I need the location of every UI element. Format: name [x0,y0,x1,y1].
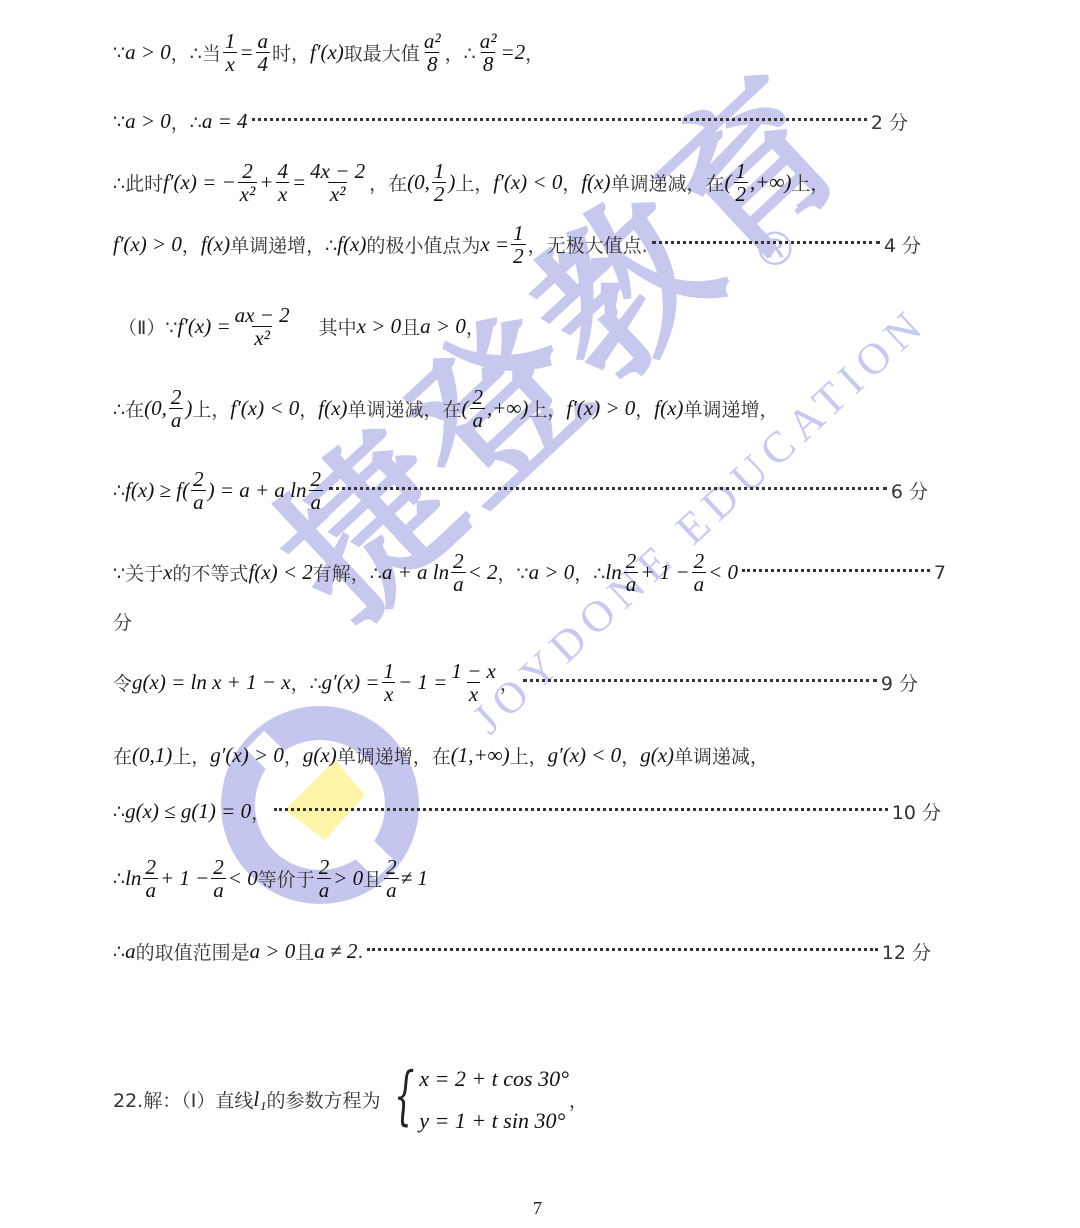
numerator: 1 [734,160,749,182]
math-expression: < 0 [228,866,258,891]
fraction: 2a [624,550,639,595]
text-segment: 的极小值点为 [366,231,480,258]
math-expression: f(x) [337,232,366,257]
denominator: 8 [481,52,496,75]
text-segment: （Ⅱ）∵ [118,313,177,340]
equation-row: x = 2 + t cos 30° [419,1058,569,1100]
math-expression: (1,+∞) [451,743,510,768]
math-expression: f′(x) < 0 [493,170,562,195]
math-expression: a > 0 [125,109,171,134]
solution-line: ∴ a 的取值范围是 a > 0 且 a ≠ 2.12 分 [113,938,931,965]
math-expression: =2 [501,40,526,65]
text-segment: ∵关于 [113,559,163,586]
text-segment: 单调递增， [683,395,778,422]
text-segment: 令 [113,669,132,696]
fraction: 2a [169,386,184,431]
math-expression: a + a ln [382,560,449,585]
text-segment: ∵ [113,111,125,133]
math-expression: g(x) [303,743,337,768]
denominator: a [309,490,324,513]
numerator: 2 [692,550,707,572]
text-segment: 且 [295,938,314,965]
math-expression: f′(x) < 0 [230,396,299,421]
fraction: 2a [451,550,466,595]
fraction: 12 [734,160,749,205]
math-expression: < 2 [468,560,498,585]
text-segment: ∴ [113,941,125,963]
text-segment: ， [251,798,270,825]
text-segment: 取最大值 [344,39,420,66]
denominator: 4 [256,52,271,75]
denominator: 2 [432,182,447,205]
text-segment: 分 [113,608,132,635]
numerator: 2 [624,550,639,572]
text-segment: ， [182,231,201,258]
math-expression: f(x) ≥ f( [125,478,189,503]
text-segment: 单调递增，在 [337,742,451,769]
text-segment: ∵ [113,42,125,64]
denominator: a [317,878,332,901]
score-label: 2 分 [871,108,908,135]
numerator: ax − 2 [233,304,292,326]
text-segment: 在 [113,742,132,769]
denominator: a [470,408,485,431]
text-segment: ∴ [113,868,125,890]
text-segment: ，∴ [291,669,322,696]
text-segment: 有解，∴ [313,559,382,586]
math-expression: g(x) ≤ g(1) = 0 [125,799,251,824]
score-label: 12 分 [882,938,931,965]
solution-line: ∵ a > 0，∴ a = 42 分 [113,108,908,135]
math-expression: a ≠ 2 [314,939,357,964]
text-segment: 的不等式 [172,559,248,586]
equation-system: {x = 2 + t cos 30°y = 1 + t sin 30° [384,1058,568,1142]
left-brace-icon: { [395,1064,415,1128]
text-segment: 其中 [294,313,357,340]
text-segment: ，∴当 [171,39,221,66]
math-expression: f′(x) > 0 [566,396,635,421]
math-expression: > 0 [333,866,363,891]
solution-line: f′(x) > 0，f(x)单调递增，∴ f(x)的极小值点为 x = 12，无… [113,222,921,267]
math-expression: ln [125,866,141,891]
denominator: 8 [425,52,440,75]
numerator: a² [422,30,443,52]
text-segment: 单调递减，在 [347,395,461,422]
text-segment: ， [299,395,318,422]
leader-dots [252,118,867,121]
math-expression: − 1 = [398,670,447,695]
fraction: 4x [275,160,290,205]
text-segment: ，在 [369,169,407,196]
text-segment: 上， [172,742,210,769]
math-expression: x = [480,232,509,257]
numerator: 1 − x [449,660,498,682]
math-expression: l₁ [253,1087,266,1112]
page-number: 7 [533,1198,542,1219]
fraction: 1x [223,30,238,75]
denominator: x [276,182,289,205]
numerator: 2 [143,856,158,878]
numerator: a [256,30,271,52]
denominator: 2 [734,182,749,205]
text-segment: ∴ [113,801,125,823]
leader-dots [523,679,877,682]
text-segment: 等价于 [258,865,315,892]
math-expression: f(x) [654,396,683,421]
math-expression: ,+∞) [750,170,791,195]
math-expression: f′(x) = − [163,170,236,195]
math-expression: f(x) < 2 [248,560,312,585]
score-label: 7 [934,562,946,584]
numerator: 2 [317,856,332,878]
text-segment: ， [500,669,519,696]
denominator: x [223,52,236,75]
denominator: a [211,878,226,901]
solution-line: ∴在(0,2a)上，f′(x) < 0，f(x)单调递减，在(2a,+∞)上，f… [113,386,953,431]
text-segment: 单调递增，∴ [230,231,337,258]
text-segment: ， [569,1086,588,1113]
text-segment: 22.解：（Ⅰ）直线 [113,1086,253,1113]
math-expression: g(x) [640,743,674,768]
numerator: 2 [309,468,324,490]
math-expression: a > 0 [420,314,466,339]
fraction: 2a [309,468,324,513]
fraction: a4 [256,30,271,75]
numerator: 2 [470,386,485,408]
math-expression: g′(x) < 0 [548,743,622,768]
text-segment: 且 [401,313,420,340]
denominator: x² [328,182,348,205]
solution-line: ∴ g(x) ≤ g(1) = 0，10 分 [113,798,941,825]
solution-line: ∴ ln2a + 1 − 2a < 0 等价于 2a > 0 且 2a ≠ 1 [113,856,533,901]
text-segment: ∴此时 [113,169,163,196]
fraction: 2a [317,856,332,901]
math-expression: f′(x) = [177,314,230,339]
text-segment: 的取值范围是 [136,938,250,965]
fraction: a²8 [422,30,443,75]
text-segment: ，∴ [574,559,605,586]
numerator: 1 [432,160,447,182]
math-expression: g′(x) = [322,670,380,695]
denominator: a [624,572,639,595]
fraction: 2a [191,468,206,513]
text-segment: ， [466,313,485,340]
math-expression: g′(x) > 0 [210,743,284,768]
numerator: 1 [511,222,526,244]
numerator: 2 [240,160,255,182]
numerator: 2 [169,386,184,408]
text-segment: 且 [363,865,382,892]
fraction: 2a [143,856,158,901]
text-segment: 单调递减， [674,742,769,769]
math-expression: a > 0 [125,40,171,65]
math-expression: f(x) [201,232,230,257]
numerator: 2 [384,856,399,878]
math-expression: < 0 [708,560,738,585]
denominator: a [143,878,158,901]
text-segment: 单调递减，在 [611,169,725,196]
fraction: a²8 [478,30,499,75]
solution-line: 在(0,1)上，g′(x) > 0，g(x)单调递增，在(1,+∞)上，g′(x… [113,742,903,769]
math-expression: + [259,170,273,195]
math-expression: a = 4 [202,109,248,134]
denominator: x² [238,182,258,205]
text-segment: 上， [192,395,230,422]
fraction: 1 − xx [449,660,498,705]
math-expression: ( [461,396,468,421]
text-segment: 上， [455,169,493,196]
text-segment: ，∵ [498,559,529,586]
solution-line: ∴此时 f′(x) = −2x² + 4x = 4x − 2x²，在(0,12)… [113,160,983,205]
solution-line: ∵ a > 0，∴当1x = a4时，f′(x)取最大值a²8，∴a²8=2， [113,30,713,75]
math-expression: a > 0 [529,560,575,585]
leader-dots [652,241,880,244]
math-expression: a > 0 [250,939,296,964]
score-label: 6 分 [891,477,928,504]
numerator: 2 [451,550,466,572]
math-expression: = [239,40,253,65]
fraction: ax − 2x² [233,304,292,349]
math-expression: f(x) [581,170,610,195]
solution-line: 22.解：（Ⅰ）直线 l₁ 的参数方程为{x = 2 + t cos 30°y … [113,1058,673,1142]
solution-line: 令 g(x) = ln x + 1 − x，∴ g′(x) = 1x − 1 =… [113,660,918,705]
math-expression: = [292,170,306,195]
solution-line: ∵关于 x 的不等式 f(x) < 2 有解，∴ a + a ln2a < 2，… [113,550,946,595]
fraction: 4x − 2x² [308,160,367,205]
text-segment: 上， [791,169,829,196]
text-segment: ，∴ [171,108,202,135]
leader-dots [274,808,888,811]
math-expression: ≠ 1 [401,866,428,891]
numerator: 4x − 2 [308,160,367,182]
math-expression: f(x) [318,396,347,421]
math-expression: ,+∞) [487,396,528,421]
leader-dots [367,948,877,951]
denominator: x [382,682,395,705]
math-expression: x > 0 [357,314,402,339]
math-expression: + 1 − [160,866,209,891]
fraction: 2a [211,856,226,901]
fraction: 2a [384,856,399,901]
leader-dots [742,569,930,572]
numerator: 1 [381,660,396,682]
fraction: 12 [511,222,526,267]
text-segment: ∴ [113,480,125,502]
equation-row: y = 1 + t sin 30° [419,1100,569,1142]
fraction: 2a [692,550,707,595]
text-segment: 上， [528,395,566,422]
math-expression: f′(x) > 0 [113,232,182,257]
leader-dots [329,487,887,490]
math-expression: a [125,939,136,964]
math-expression: ln [605,560,621,585]
math-expression: ) [185,396,192,421]
text-segment: ，∴ [445,39,476,66]
math-expression: (0, [407,170,430,195]
denominator: x² [252,326,272,349]
denominator: a [451,572,466,595]
text-segment: ， [562,169,581,196]
numerator: 2 [211,856,226,878]
denominator: a [191,490,206,513]
score-label: 9 分 [881,669,918,696]
text-segment: ， [525,39,544,66]
fraction: 12 [432,160,447,205]
numerator: 1 [223,30,238,52]
math-expression: x [163,560,172,585]
solution-line: ∴ f(x) ≥ f(2a) = a + a ln2a6 分 [113,468,928,513]
math-expression: ) [448,170,455,195]
document-page: 捷登教育 JOYDONE EDUCATION ® ∵ a > 0，∴当1x = … [0,0,1080,1228]
math-expression: + 1 − [640,560,689,585]
fraction: 2a [470,386,485,431]
math-expression: (0, [144,396,167,421]
text-segment: . [357,941,363,963]
text-segment: 的参数方程为 [266,1086,380,1113]
denominator: a [384,878,399,901]
denominator: a [692,572,707,595]
fraction: 2x² [238,160,258,205]
math-expression: g(x) = ln x + 1 − x [132,670,291,695]
denominator: x [467,682,480,705]
numerator: a² [478,30,499,52]
numerator: 4 [275,160,290,182]
denominator: 2 [511,244,526,267]
math-expression: ) = a + a ln [208,478,307,503]
text-segment: 上， [510,742,548,769]
fraction: 1x [381,660,396,705]
text-segment: ，无极大值点. [528,231,648,258]
math-expression: (0,1) [132,743,172,768]
text-segment: ∴在 [113,395,144,422]
solution-line: 分 [113,608,173,635]
math-expression: f′(x) [310,40,344,65]
text-segment: ， [284,742,303,769]
text-segment: ， [635,395,654,422]
math-expression: ( [725,170,732,195]
text-segment: ， [621,742,640,769]
score-label: 10 分 [892,798,941,825]
denominator: a [169,408,184,431]
score-label: 4 分 [884,231,921,258]
text-segment: 时， [272,39,310,66]
solution-line: （Ⅱ）∵ f′(x) = ax − 2x² 其中 x > 0 且 a > 0， [118,304,618,349]
numerator: 2 [191,468,206,490]
